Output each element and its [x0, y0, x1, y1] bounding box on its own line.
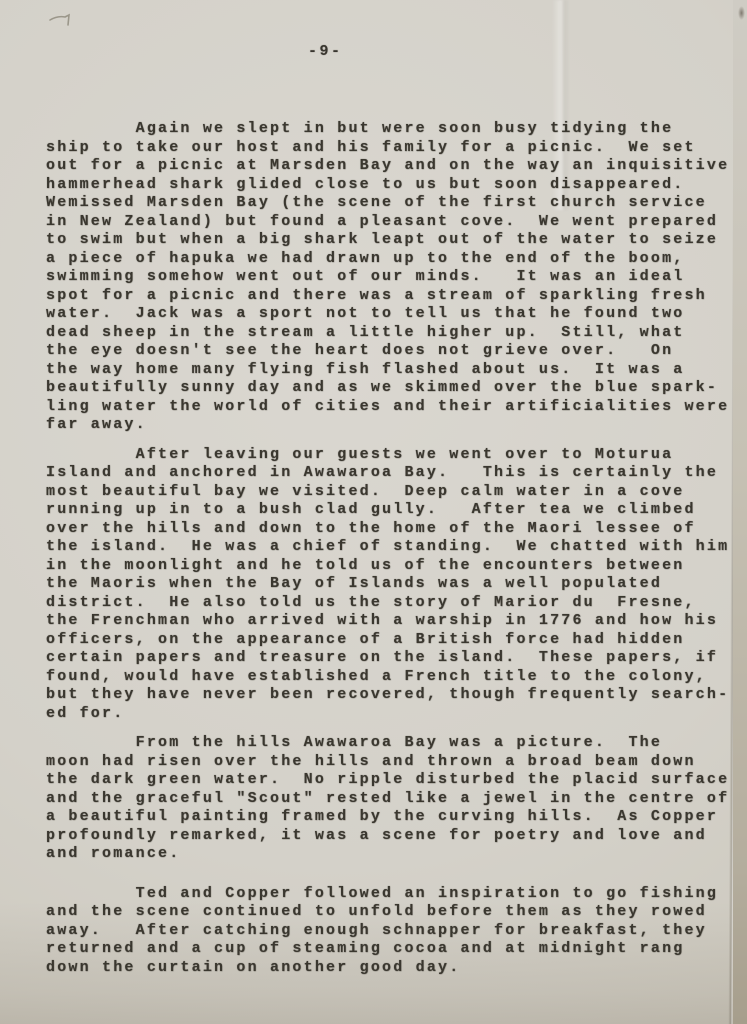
document-photo: -9- Again we slept in but were soon busy… [0, 0, 747, 1024]
text-line: hammerhead shark glided close to us but … [46, 176, 746, 195]
text-line: a beautiful painting framed by the curvi… [46, 808, 746, 827]
text-line: the eye doesn't see the heart does not g… [46, 342, 746, 361]
text-line: over the hills and down to the home of t… [46, 520, 746, 539]
text-line: out for a picnic at Marsden Bay and on t… [46, 157, 746, 176]
text-line: Island and anchored in Awawaroa Bay. Thi… [46, 464, 746, 483]
text-line: swimming somehow went out of our minds. … [46, 268, 746, 287]
text-line: away. After catching enough schnapper fo… [46, 922, 746, 941]
text-line: found, would have established a French t… [46, 668, 746, 687]
text-line: and romance. [46, 845, 746, 864]
text-line: After leaving our guests we went over to… [46, 446, 746, 465]
text-line: ling water the world of cities and their… [46, 398, 746, 417]
text-line: profoundly remarked, it was a scene for … [46, 827, 746, 846]
pencil-mark [46, 8, 86, 34]
text-line: district. He also told us the story of M… [46, 594, 746, 613]
text-line: the way home many flying fish flashed ab… [46, 361, 746, 380]
text-line: the Maoris when the Bay of Islands was a… [46, 575, 746, 594]
edge-speck [738, 6, 745, 20]
text-line: and the scene continued to unfold before… [46, 903, 746, 922]
text-line: the Frenchman who arrived with a warship… [46, 612, 746, 631]
text-line: officers, on the appearance of a British… [46, 631, 746, 650]
text-line: down the curtain on another good day. [46, 959, 746, 978]
paragraph-1: Again we slept in but were soon busy tid… [46, 120, 746, 435]
text-line: certain papers and treasure on the islan… [46, 649, 746, 668]
text-line: but they have never been recovered, thou… [46, 686, 746, 705]
text-line: Wemissed Marsden Bay (the scene of the f… [46, 194, 746, 213]
text-line: a piece of hapuka we had drawn up to the… [46, 250, 746, 269]
text-line: From the hills Awawaroa Bay was a pictur… [46, 734, 746, 753]
text-line: the island. He was a chief of standing. … [46, 538, 746, 557]
text-line: water. Jack was a sport not to tell us t… [46, 305, 746, 324]
paragraph-3: From the hills Awawaroa Bay was a pictur… [46, 734, 746, 864]
page-number: -9- [308, 43, 343, 60]
text-line: Ted and Copper followed an inspiration t… [46, 885, 746, 904]
text-line: ship to take our host and his family for… [46, 139, 746, 158]
text-line: returned and a cup of steaming cocoa and… [46, 940, 746, 959]
text-line: beautifully sunny day and as we skimmed … [46, 379, 746, 398]
text-line: the dark green water. No ripple disturbe… [46, 771, 746, 790]
text-line: most beautiful bay we visited. Deep calm… [46, 483, 746, 502]
page-body: Again we slept in but were soon busy tid… [46, 120, 746, 988]
text-line: ed for. [46, 705, 746, 724]
page-edge-strip [733, 0, 747, 1024]
text-line: running up in to a bush clad gully. Afte… [46, 501, 746, 520]
text-line: in the moonlight and he told us of the e… [46, 557, 746, 576]
text-line: dead sheep in the stream a little higher… [46, 324, 746, 343]
paragraph-4: Ted and Copper followed an inspiration t… [46, 885, 746, 978]
text-line: moon had risen over the hills and thrown… [46, 753, 746, 772]
text-line: and the graceful "Scout" rested like a j… [46, 790, 746, 809]
text-line: spot for a picnic and there was a stream… [46, 287, 746, 306]
paragraph-2: After leaving our guests we went over to… [46, 446, 746, 724]
text-line: far away. [46, 416, 746, 435]
text-line: to swim but when a big shark leapt out o… [46, 231, 746, 250]
text-line: Again we slept in but were soon busy tid… [46, 120, 746, 139]
text-line: in New Zealand) but found a pleasant cov… [46, 213, 746, 232]
